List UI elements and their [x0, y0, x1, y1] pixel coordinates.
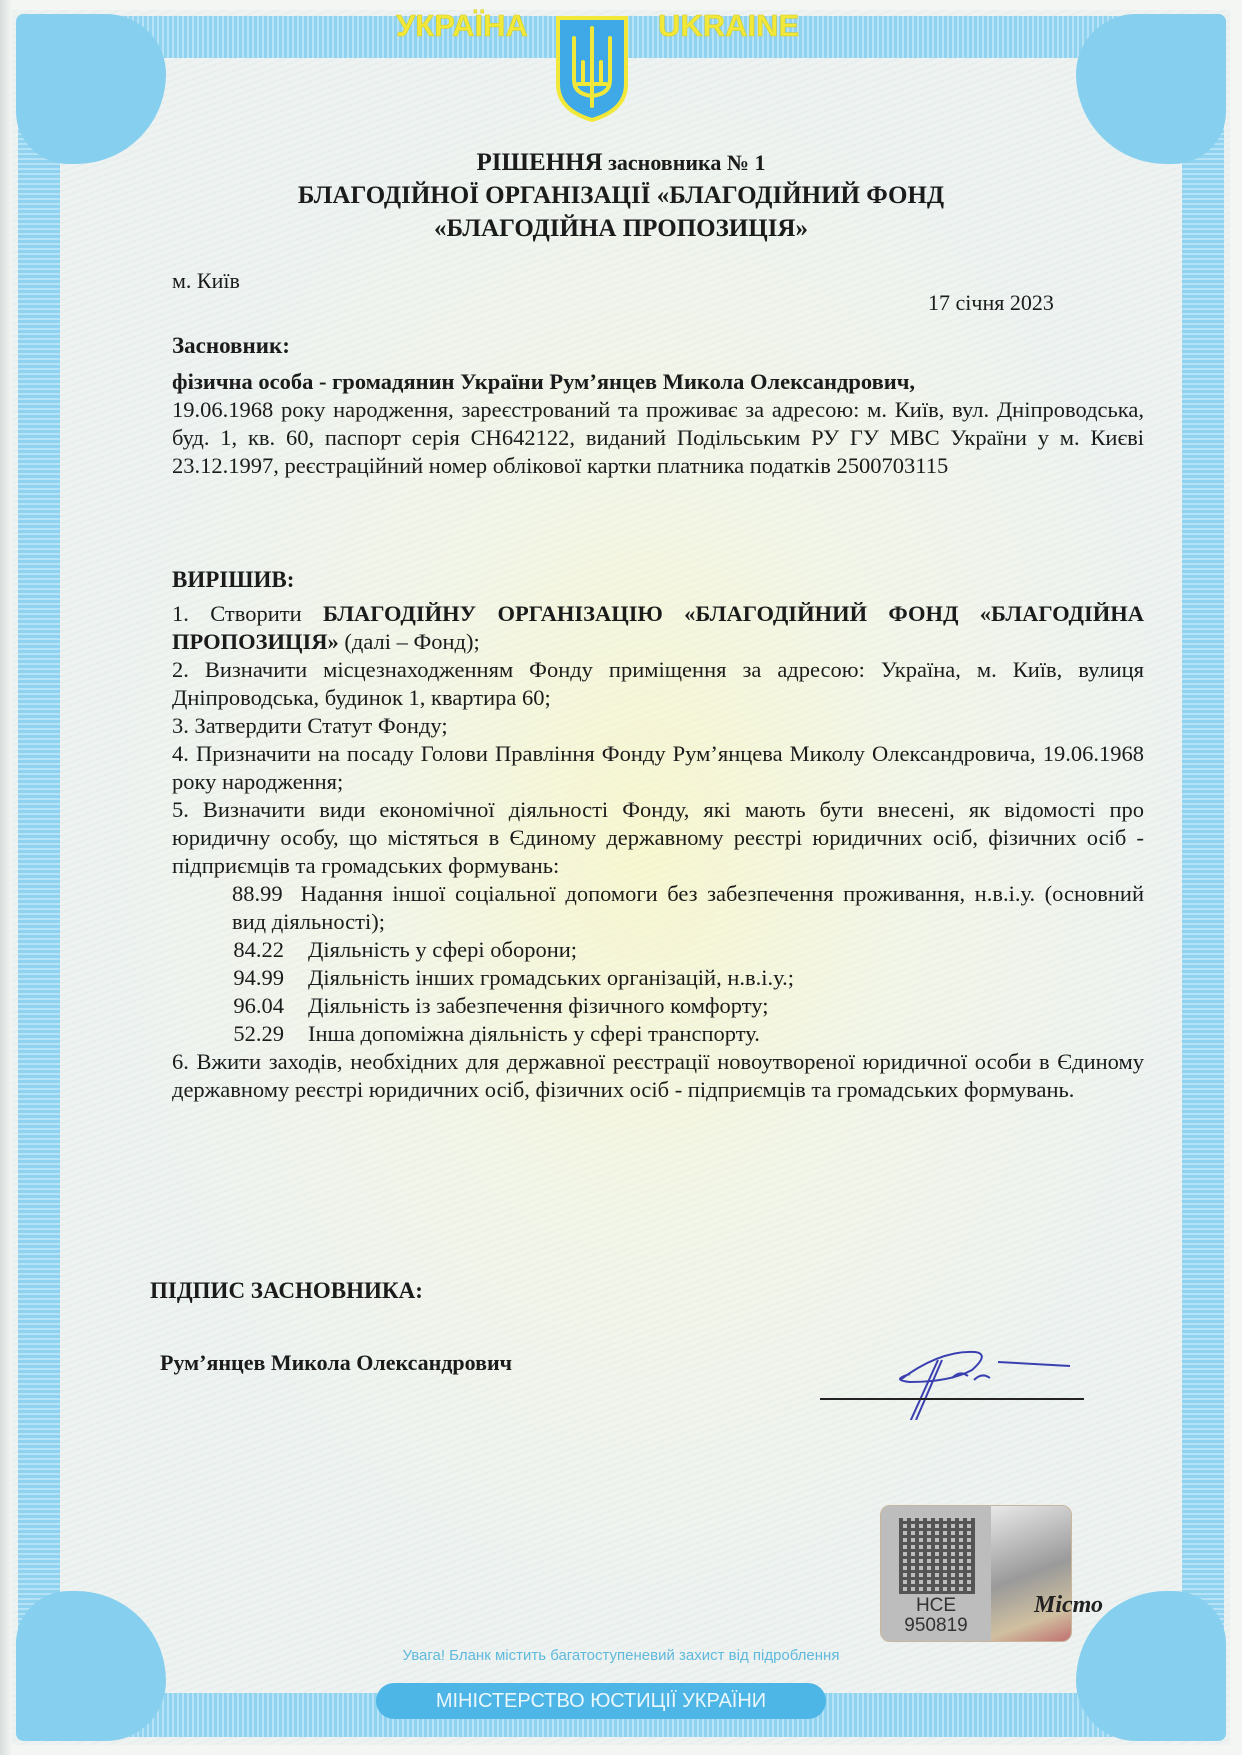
qr-code-icon [899, 1518, 975, 1594]
kved-item: 88.99Надання іншої соціальної допомоги б… [172, 880, 1144, 936]
seal-series: НСЕ [881, 1596, 991, 1616]
kved-code: 96.04 [172, 992, 308, 1020]
kved-text: Діяльність із забезпечення фізичного ком… [308, 992, 768, 1020]
anti-forgery-warning: Увага! Бланк містить багатоступеневий за… [0, 1647, 1242, 1664]
corner-ornament-icon [1076, 14, 1226, 164]
decided-label: ВИРІШИВ: [172, 566, 1144, 594]
seal-code: НСЕ 950819 [881, 1596, 991, 1636]
title-founder-number: засновника № 1 [603, 150, 766, 175]
kved-code: 88.99 [232, 880, 301, 908]
founder-name-line: фізична особа - громадянин України Рум’я… [172, 368, 1144, 396]
signature-icon [880, 1340, 1080, 1420]
decision-5: 5. Визначити види економічної діяльності… [172, 796, 1144, 880]
decision-1: 1. Створити БЛАГОДІЙНУ ОРГАНІЗАЦІЮ «БЛАГ… [172, 600, 1144, 656]
left-border [18, 50, 60, 1705]
decision-6: 6. Вжити заходів, необхідних для державн… [172, 1048, 1144, 1104]
decisions-list: 1. Створити БЛАГОДІЙНУ ОРГАНІЗАЦІЮ «БЛАГ… [172, 600, 1144, 1104]
document-date: 17 січня 2023 [928, 290, 1054, 316]
corner-ornament-icon [16, 1591, 166, 1741]
kved-text: Діяльність інших громадських організацій… [308, 964, 794, 992]
kved-item: 84.22Діяльність у сфері оборони; [172, 936, 1144, 964]
kved-item: 52.29Інша допоміжна діяльність у сфері т… [172, 1020, 1144, 1048]
decision-1-prefix: 1. Створити [172, 601, 323, 626]
decision-3: 3. Затвердити Статут Фонду; [172, 712, 1144, 740]
seal-qr-panel: НСЕ 950819 [881, 1506, 991, 1641]
signature-label: ПІДПИС ЗАСНОВНИКА: [150, 1278, 423, 1304]
header-ukraine-en: UKRAINE [658, 8, 799, 44]
city: м. Київ [172, 268, 240, 294]
founder-label: Засновник: [172, 332, 1144, 360]
kved-code: 84.22 [172, 936, 308, 964]
kved-text: Інша допоміжна діяльність у сфері трансп… [308, 1020, 760, 1048]
ministry-banner: МІНІСТЕРСТВО ЮСТИЦІЇ УКРАЇНИ [376, 1683, 826, 1719]
founder-section: фізична особа - громадянин України Рум’я… [172, 368, 1144, 480]
trident-coat-of-arms-icon [554, 14, 630, 124]
kved-text: Діяльність у сфері оборони; [308, 936, 577, 964]
kved-code: 94.99 [172, 964, 308, 992]
kved-item: 96.04Діяльність із забезпечення фізичног… [172, 992, 1144, 1020]
seal-number: 950819 [881, 1616, 991, 1636]
decision-2: 2. Визначити місцезнаходженням Фонду при… [172, 656, 1144, 712]
scan-edge [0, 0, 12, 1755]
title-fund-name: «БЛАГОДІЙНА ПРОПОЗИЦІЯ» [0, 212, 1242, 245]
title-decision-word: РІШЕННЯ [477, 149, 603, 176]
hologram-icon [991, 1506, 1071, 1641]
security-seal: НСЕ 950819 [880, 1505, 1072, 1642]
kved-item: 94.99Діяльність інших громадських органі… [172, 964, 1144, 992]
founder-details: 19.06.1968 року народження, зареєстрован… [172, 396, 1144, 480]
decision-1-suffix: (далі – Фонд); [339, 629, 480, 654]
document-title: РІШЕННЯ засновника № 1 БЛАГОДІЙНОЇ ОРГАН… [0, 146, 1242, 245]
decision-4: 4. Призначити на посаду Голови Правління… [172, 740, 1144, 796]
right-border [1182, 50, 1224, 1705]
corner-ornament-icon [16, 14, 166, 164]
signature-line [820, 1398, 1084, 1400]
header-ukraine-ua: УКРАЇНА [396, 8, 528, 44]
title-organization-line: БЛАГОДІЙНОЇ ОРГАНІЗАЦІЇ «БЛАГОДІЙНИЙ ФОН… [0, 179, 1242, 212]
kved-code: 52.29 [172, 1020, 308, 1048]
kved-text: Надання іншої соціальної допомоги без за… [232, 881, 1144, 934]
signatory-name: Рум’янцев Микола Олександрович [160, 1350, 512, 1376]
stamp-text: Місто [1034, 1592, 1103, 1619]
